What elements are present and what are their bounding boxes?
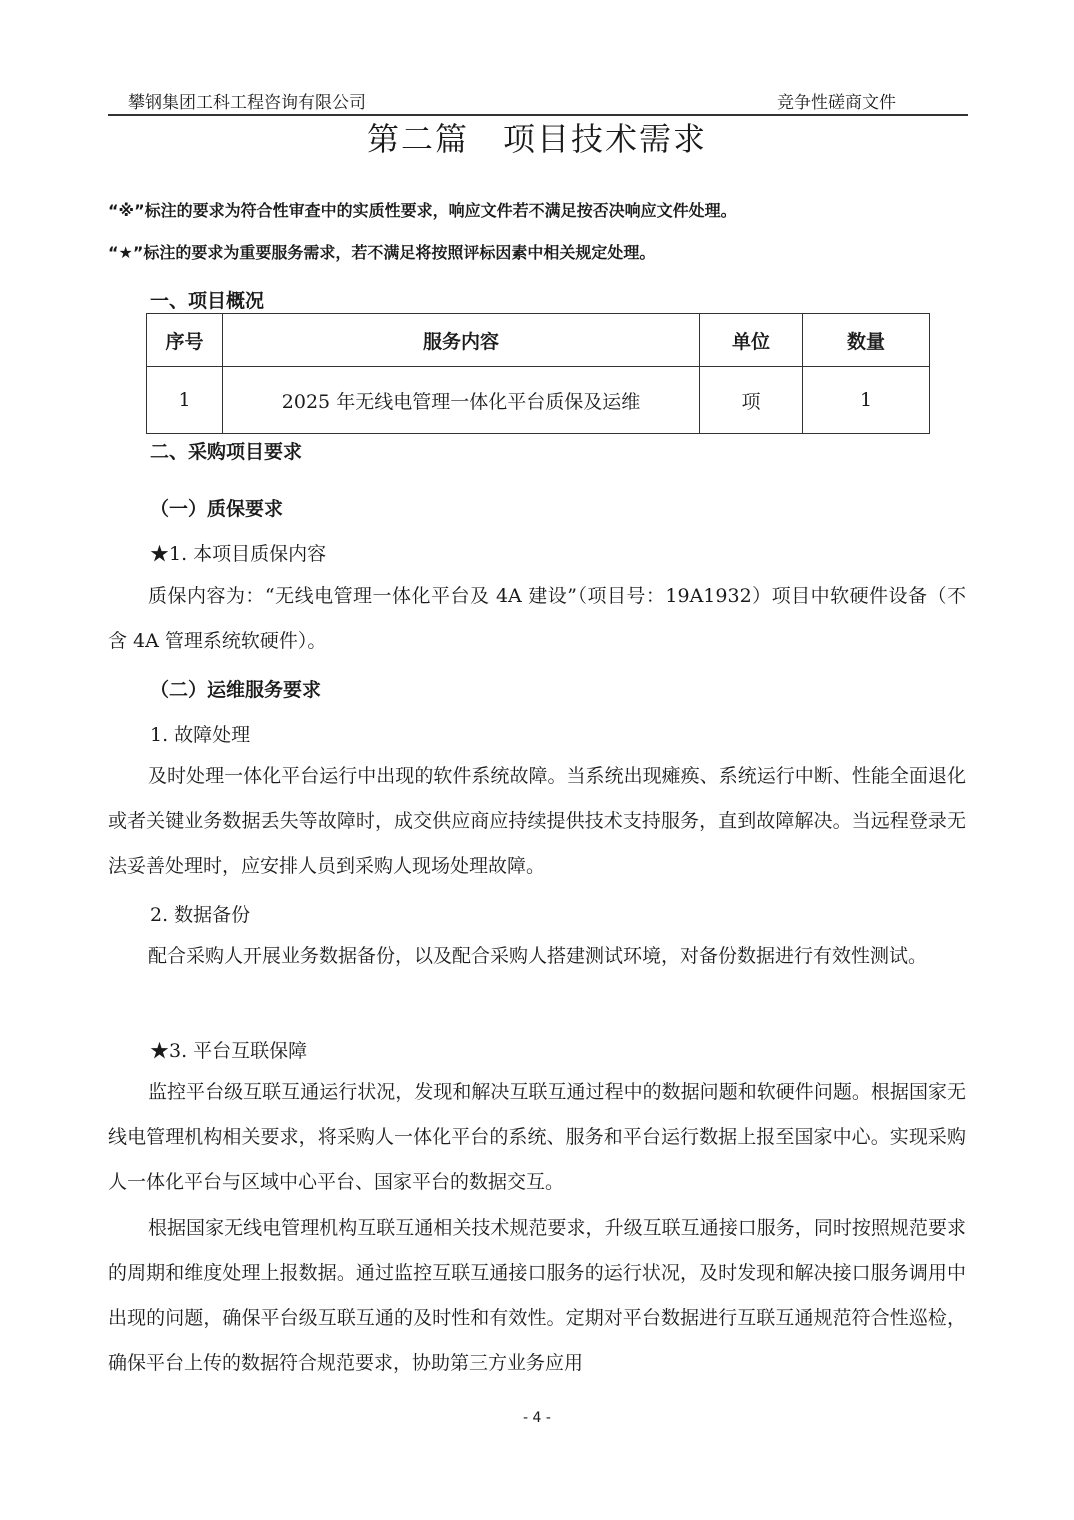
item-title-data-backup: 2. 数据备份	[150, 900, 250, 927]
document-type: 竞争性磋商文件	[777, 88, 896, 113]
subsection-heading-warranty: （一）质保要求	[150, 494, 283, 521]
note-important-requirement: “★”标注的要求为重要服务需求，若不满足将按照评标因素中相关规定处理。	[108, 240, 655, 263]
paragraph-fault-handling: 及时处理一体化平台运行中出现的软件系统故障。当系统出现瘫痪、系统运行中断、性能全…	[108, 754, 966, 889]
cell-unit: 项	[700, 367, 803, 434]
overview-table: 序号 服务内容 单位 数量 1 2025 年无线电管理一体化平台质保及运维 项 …	[146, 313, 930, 434]
table-row: 1 2025 年无线电管理一体化平台质保及运维 项 1	[147, 367, 930, 434]
cell-quantity: 1	[803, 367, 930, 434]
paragraph-platform-interconnection-1: 监控平台级互联互通运行状况，发现和解决互联互通过程中的数据问题和软硬件问题。根据…	[108, 1070, 966, 1205]
column-header-unit: 单位	[700, 314, 803, 367]
column-header-index: 序号	[147, 314, 223, 367]
paragraph-data-backup: 配合采购人开展业务数据备份，以及配合采购人搭建测试环境，对备份数据进行有效性测试…	[108, 934, 966, 979]
table-header-row: 序号 服务内容 单位 数量	[147, 314, 930, 367]
company-name: 攀钢集团工科工程咨询有限公司	[128, 88, 366, 113]
column-header-quantity: 数量	[803, 314, 930, 367]
page-number: - 4 -	[0, 1410, 1074, 1426]
column-header-service: 服务内容	[223, 314, 700, 367]
cell-service: 2025 年无线电管理一体化平台质保及运维	[223, 367, 700, 434]
subsection-heading-maintenance: （二）运维服务要求	[150, 675, 321, 702]
paragraph-platform-interconnection-2: 根据国家无线电管理机构互联互通相关技术规范要求，升级互联互通接口服务，同时按照规…	[108, 1206, 966, 1386]
cell-index: 1	[147, 367, 223, 434]
page-title: 第二篇 项目技术需求	[0, 114, 1074, 160]
section-heading-overview: 一、项目概况	[150, 286, 264, 313]
note-substantive-requirement: “※”标注的要求为符合性审查中的实质性要求，响应文件若不满足按否决响应文件处理。	[108, 198, 737, 221]
item-title-platform-interconnection: ★3. 平台互联保障	[150, 1036, 307, 1063]
item-title-fault-handling: 1. 故障处理	[150, 720, 250, 747]
section-heading-procurement: 二、采购项目要求	[150, 437, 302, 464]
page-header: 攀钢集团工科工程咨询有限公司 竞争性磋商文件	[108, 86, 968, 116]
item-title-warranty-content: ★1. 本项目质保内容	[150, 539, 326, 566]
paragraph-warranty-content: 质保内容为：“无线电管理一体化平台及 4A 建设”（项目号：19A1932）项目…	[108, 574, 966, 664]
